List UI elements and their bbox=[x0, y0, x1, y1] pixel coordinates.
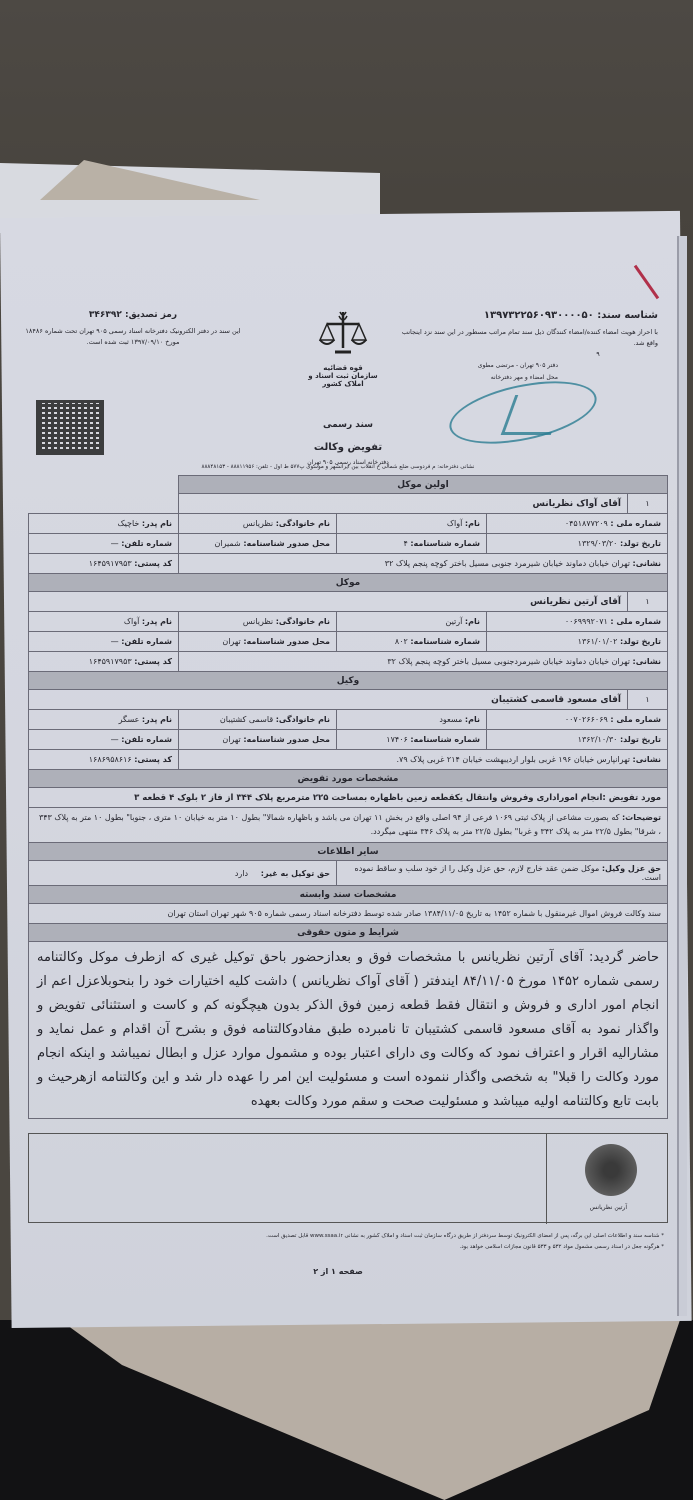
delegation-description: که بصورت مشاعی از پلاک ثبتی ۱۰۶۹ فرعی از… bbox=[39, 813, 661, 836]
party-full-name: آقای آواک نظریانس bbox=[179, 494, 628, 514]
birth-date-value: ۱۳۲۹/۰۳/۲۰ bbox=[578, 539, 618, 548]
party-index: ۱ bbox=[628, 690, 668, 710]
father-name-value: عسگر bbox=[119, 715, 140, 724]
label-last-name: نام خانوادگی: bbox=[276, 617, 330, 626]
last-name-value: نظریانس bbox=[243, 617, 273, 626]
label-first-name: نام: bbox=[465, 617, 480, 626]
first-name-value: آرتین bbox=[446, 617, 463, 626]
section-terms: شرایط و متون حقوقی bbox=[29, 924, 668, 942]
title-block: سند رسمی تفویض وکالت دفترخانه اسناد رسمی… bbox=[188, 420, 508, 466]
section-principal: موکل bbox=[29, 574, 668, 592]
label-address: نشانی: bbox=[633, 559, 661, 568]
issue-place-value: تهران bbox=[222, 735, 240, 744]
stamp-text-office: دفتر ۹۰۵ تهران - مرتضی مطوی bbox=[418, 360, 558, 372]
delegation-right-value: دارد bbox=[235, 869, 248, 878]
phone-value: — bbox=[111, 637, 119, 646]
address-value: تهران خیابان دماوند خیابان شیرمرد جنوبی … bbox=[385, 559, 630, 568]
verification-block: رمز تصدیق: ۳۴۶۳۹۲ این سند در دفتر الکترو… bbox=[18, 310, 248, 348]
org-name-judiciary: قوه قضائیه bbox=[298, 364, 388, 372]
page-indicator: صفحه ۱ از ۲ bbox=[8, 1267, 668, 1276]
label-birth-date: تاریخ تولد: bbox=[620, 735, 661, 744]
power-of-attorney-document: شناسه سند: ۱۳۹۷۳۲۲۵۶۰۹۳۰۰۰۰۵۰ با احراز ه… bbox=[8, 300, 668, 1276]
judiciary-emblem-block: قوه قضائیه سازمان ثبت اسناد و املاک کشور bbox=[298, 310, 388, 388]
verification-code-label: رمز تصدیق: bbox=[125, 310, 177, 320]
address-value: تهرانپارس خیابان ۱۹۶ غربی بلوار اردیبهشت… bbox=[397, 755, 631, 764]
notary-office-name: دفترخانه اسناد رسمی ۹۰۵ تهران bbox=[188, 459, 508, 466]
registry-note: این سند در دفتر الکترونیک دفترخانه اسناد… bbox=[18, 326, 248, 348]
related-doc-text: سند وکالت فروش اموال غیرمنقول با شماره ۱… bbox=[29, 904, 668, 924]
label-first-name: نام: bbox=[465, 519, 480, 528]
issue-place-value: تهران bbox=[222, 637, 240, 646]
party-index: ۱ bbox=[628, 592, 668, 612]
signature-box: آرتین نظریانس bbox=[28, 1133, 668, 1223]
father-name-value: خاچیک bbox=[117, 519, 139, 528]
id-number-value: ۱۷۴۰۶ bbox=[386, 735, 407, 744]
parties-table: اولین موکل ۱ آقای آواک نظریانس شماره ملی… bbox=[28, 475, 668, 1119]
label-issue-place: محل صدور شناسنامه: bbox=[243, 735, 330, 744]
label-father-name: نام پدر: bbox=[142, 617, 172, 626]
footnote-verification: * شناسه سند و اطلاعات اصلی این برگه، پس … bbox=[8, 1231, 664, 1242]
label-address: نشانی: bbox=[633, 657, 661, 666]
label-father-name: نام پدر: bbox=[142, 519, 172, 528]
terms-body: حاضر گردید: آقای آرتین نظریانس با مشخصات… bbox=[29, 942, 668, 1119]
label-first-name: نام: bbox=[465, 715, 480, 724]
label-id-number: شماره شناسنامه: bbox=[410, 637, 480, 646]
label-issue-place: محل صدور شناسنامه: bbox=[243, 539, 330, 548]
issue-place-value: شمیران bbox=[215, 539, 241, 548]
label-id-number: شماره شناسنامه: bbox=[410, 539, 480, 548]
first-name-value: مسعود bbox=[439, 715, 462, 724]
address-value: تهران خیابان دماوند خیابان شیرمردجنوبی م… bbox=[387, 657, 630, 666]
party-full-name: آقای مسعود قاسمی کشتیبان bbox=[29, 690, 628, 710]
id-number-value: ۴ bbox=[403, 539, 407, 548]
national-id-value: ۰۰۷۰۲۶۶۰۶۹ bbox=[565, 715, 608, 724]
label-phone: شماره تلفن: bbox=[121, 637, 172, 646]
id-number-value: ۸۰۲ bbox=[395, 637, 408, 646]
label-father-name: نام پدر: bbox=[142, 715, 172, 724]
last-name-value: قاسمی کشتیبان bbox=[220, 715, 273, 724]
national-id-value: ۰۰۶۹۹۹۲۰۷۱ bbox=[565, 617, 608, 626]
label-phone: شماره تلفن: bbox=[121, 735, 172, 744]
label-national-id: شماره ملی : bbox=[610, 519, 661, 528]
postal-code-value: ۱۶۴۵۹۱۷۹۵۳ bbox=[89, 657, 132, 666]
notary-number: ۹ bbox=[538, 349, 658, 360]
stamp-label-block: دفتر ۹۰۵ تهران - مرتضی مطوی محل امضاء و … bbox=[418, 360, 558, 384]
birth-date-value: ۱۳۶۱/۰۱/۰۲ bbox=[578, 637, 618, 646]
identity-note: با احراز هویت امضاء کننده/امضاء کنندگان … bbox=[398, 327, 658, 349]
signer-name: آرتین نظریانس bbox=[590, 1204, 627, 1211]
label-birth-date: تاریخ تولد: bbox=[620, 539, 661, 548]
first-name-value: آواک bbox=[447, 519, 462, 528]
label-dismissal-right: حق عزل وکیل: bbox=[602, 864, 661, 873]
fingerprint-icon bbox=[585, 1144, 637, 1196]
last-name-value: نظریانس bbox=[243, 519, 273, 528]
section-related-doc: مشخصات سند وابسته bbox=[29, 886, 668, 904]
label-phone: شماره تلفن: bbox=[121, 539, 172, 548]
father-name-value: آواک bbox=[124, 617, 139, 626]
document-title: تفویض وکالت bbox=[188, 442, 508, 453]
document-id-block: شناسه سند: ۱۳۹۷۳۲۲۵۶۰۹۳۰۰۰۰۵۰ با احراز ه… bbox=[398, 310, 658, 360]
section-attorney: وکیل bbox=[29, 672, 668, 690]
label-issue-place: محل صدور شناسنامه: bbox=[243, 637, 330, 646]
document-header: شناسه سند: ۱۳۹۷۳۲۲۵۶۰۹۳۰۰۰۰۵۰ با احراز ه… bbox=[8, 300, 668, 470]
national-id-value: ۰۴۵۱۸۷۷۲۰۹ bbox=[565, 519, 608, 528]
footnotes: * شناسه سند و اطلاعات اصلی این برگه، پس … bbox=[8, 1231, 668, 1253]
postal-code-value: ۱۶۴۵۹۱۷۹۵۳ bbox=[89, 559, 132, 568]
document-type: سند رسمی bbox=[188, 420, 508, 430]
party-index: ۱ bbox=[628, 494, 668, 514]
org-name-registry: سازمان ثبت اسناد و املاک کشور bbox=[298, 372, 388, 388]
section-other-info: سایر اطلاعات bbox=[29, 843, 668, 861]
section-first-principal: اولین موکل bbox=[179, 476, 668, 494]
signature-divider bbox=[546, 1134, 547, 1224]
footnote-forgery: * هرگونه جعل در اسناد رسمی مشمول مواد ۵۳… bbox=[8, 1242, 664, 1253]
label-postal-code: کد پستی: bbox=[134, 657, 172, 666]
qr-code[interactable] bbox=[36, 400, 104, 455]
label-address: نشانی: bbox=[633, 755, 661, 764]
label-id-number: شماره شناسنامه: bbox=[410, 735, 480, 744]
label-description: توضیحات: bbox=[622, 813, 661, 822]
postal-code-value: ۱۶۸۶۹۵۸۶۱۶ bbox=[89, 755, 132, 764]
birth-date-value: ۱۳۶۲/۱۰/۳۰ bbox=[578, 735, 618, 744]
phone-value: — bbox=[111, 735, 119, 744]
label-national-id: شماره ملی : bbox=[610, 617, 661, 626]
label-postal-code: کد پستی: bbox=[134, 755, 172, 764]
label-last-name: نام خانوادگی: bbox=[276, 715, 330, 724]
document-id: ۱۳۹۷۳۲۲۵۶۰۹۳۰۰۰۰۵۰ bbox=[484, 310, 594, 321]
label-national-id: شماره ملی : bbox=[610, 715, 661, 724]
delegation-subject: مورد تفویض :انجام اموراداری وفروش وانتقا… bbox=[29, 788, 668, 808]
label-delegation-right: حق توکیل به غیر: bbox=[261, 869, 330, 878]
document-id-label: شناسه سند: bbox=[597, 310, 658, 321]
label-birth-date: تاریخ تولد: bbox=[620, 637, 661, 646]
label-postal-code: کد پستی: bbox=[134, 559, 172, 568]
scales-of-justice-icon bbox=[313, 310, 373, 362]
paper-edge bbox=[677, 236, 687, 1316]
phone-value: — bbox=[111, 539, 119, 548]
verification-code: ۳۴۶۳۹۲ bbox=[89, 310, 122, 320]
label-last-name: نام خانوادگی: bbox=[276, 519, 330, 528]
party-full-name: آقای آرتین نظریانس bbox=[29, 592, 628, 612]
section-delegation: مشخصات مورد تفویض bbox=[29, 770, 668, 788]
